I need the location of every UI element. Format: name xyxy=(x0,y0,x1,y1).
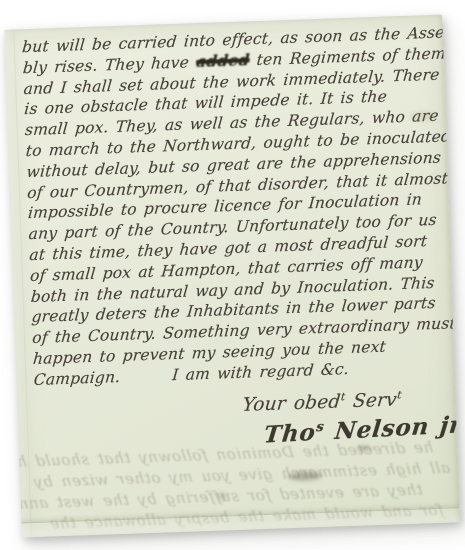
closing-word: Campaign. xyxy=(33,368,121,389)
letter-body: but will be carried into effect, as soon… xyxy=(21,23,455,454)
bleedthrough-line: they are evented for suffering by the we… xyxy=(23,480,424,515)
ink-smudge xyxy=(217,492,227,499)
closing-regards: I am with regard &c. xyxy=(172,360,350,384)
letter-paper: but will be carried into effect, as soon… xyxy=(4,15,459,538)
struck-out-word: added xyxy=(195,50,250,71)
ink-smudge xyxy=(357,445,371,451)
letter-photograph: but will be carried into effect, as soon… xyxy=(0,0,465,550)
ink-smudge xyxy=(288,471,322,481)
paper-bottom-fold xyxy=(19,507,459,537)
bleedthrough-line: all high estimmarch give you my other wi… xyxy=(22,458,451,494)
